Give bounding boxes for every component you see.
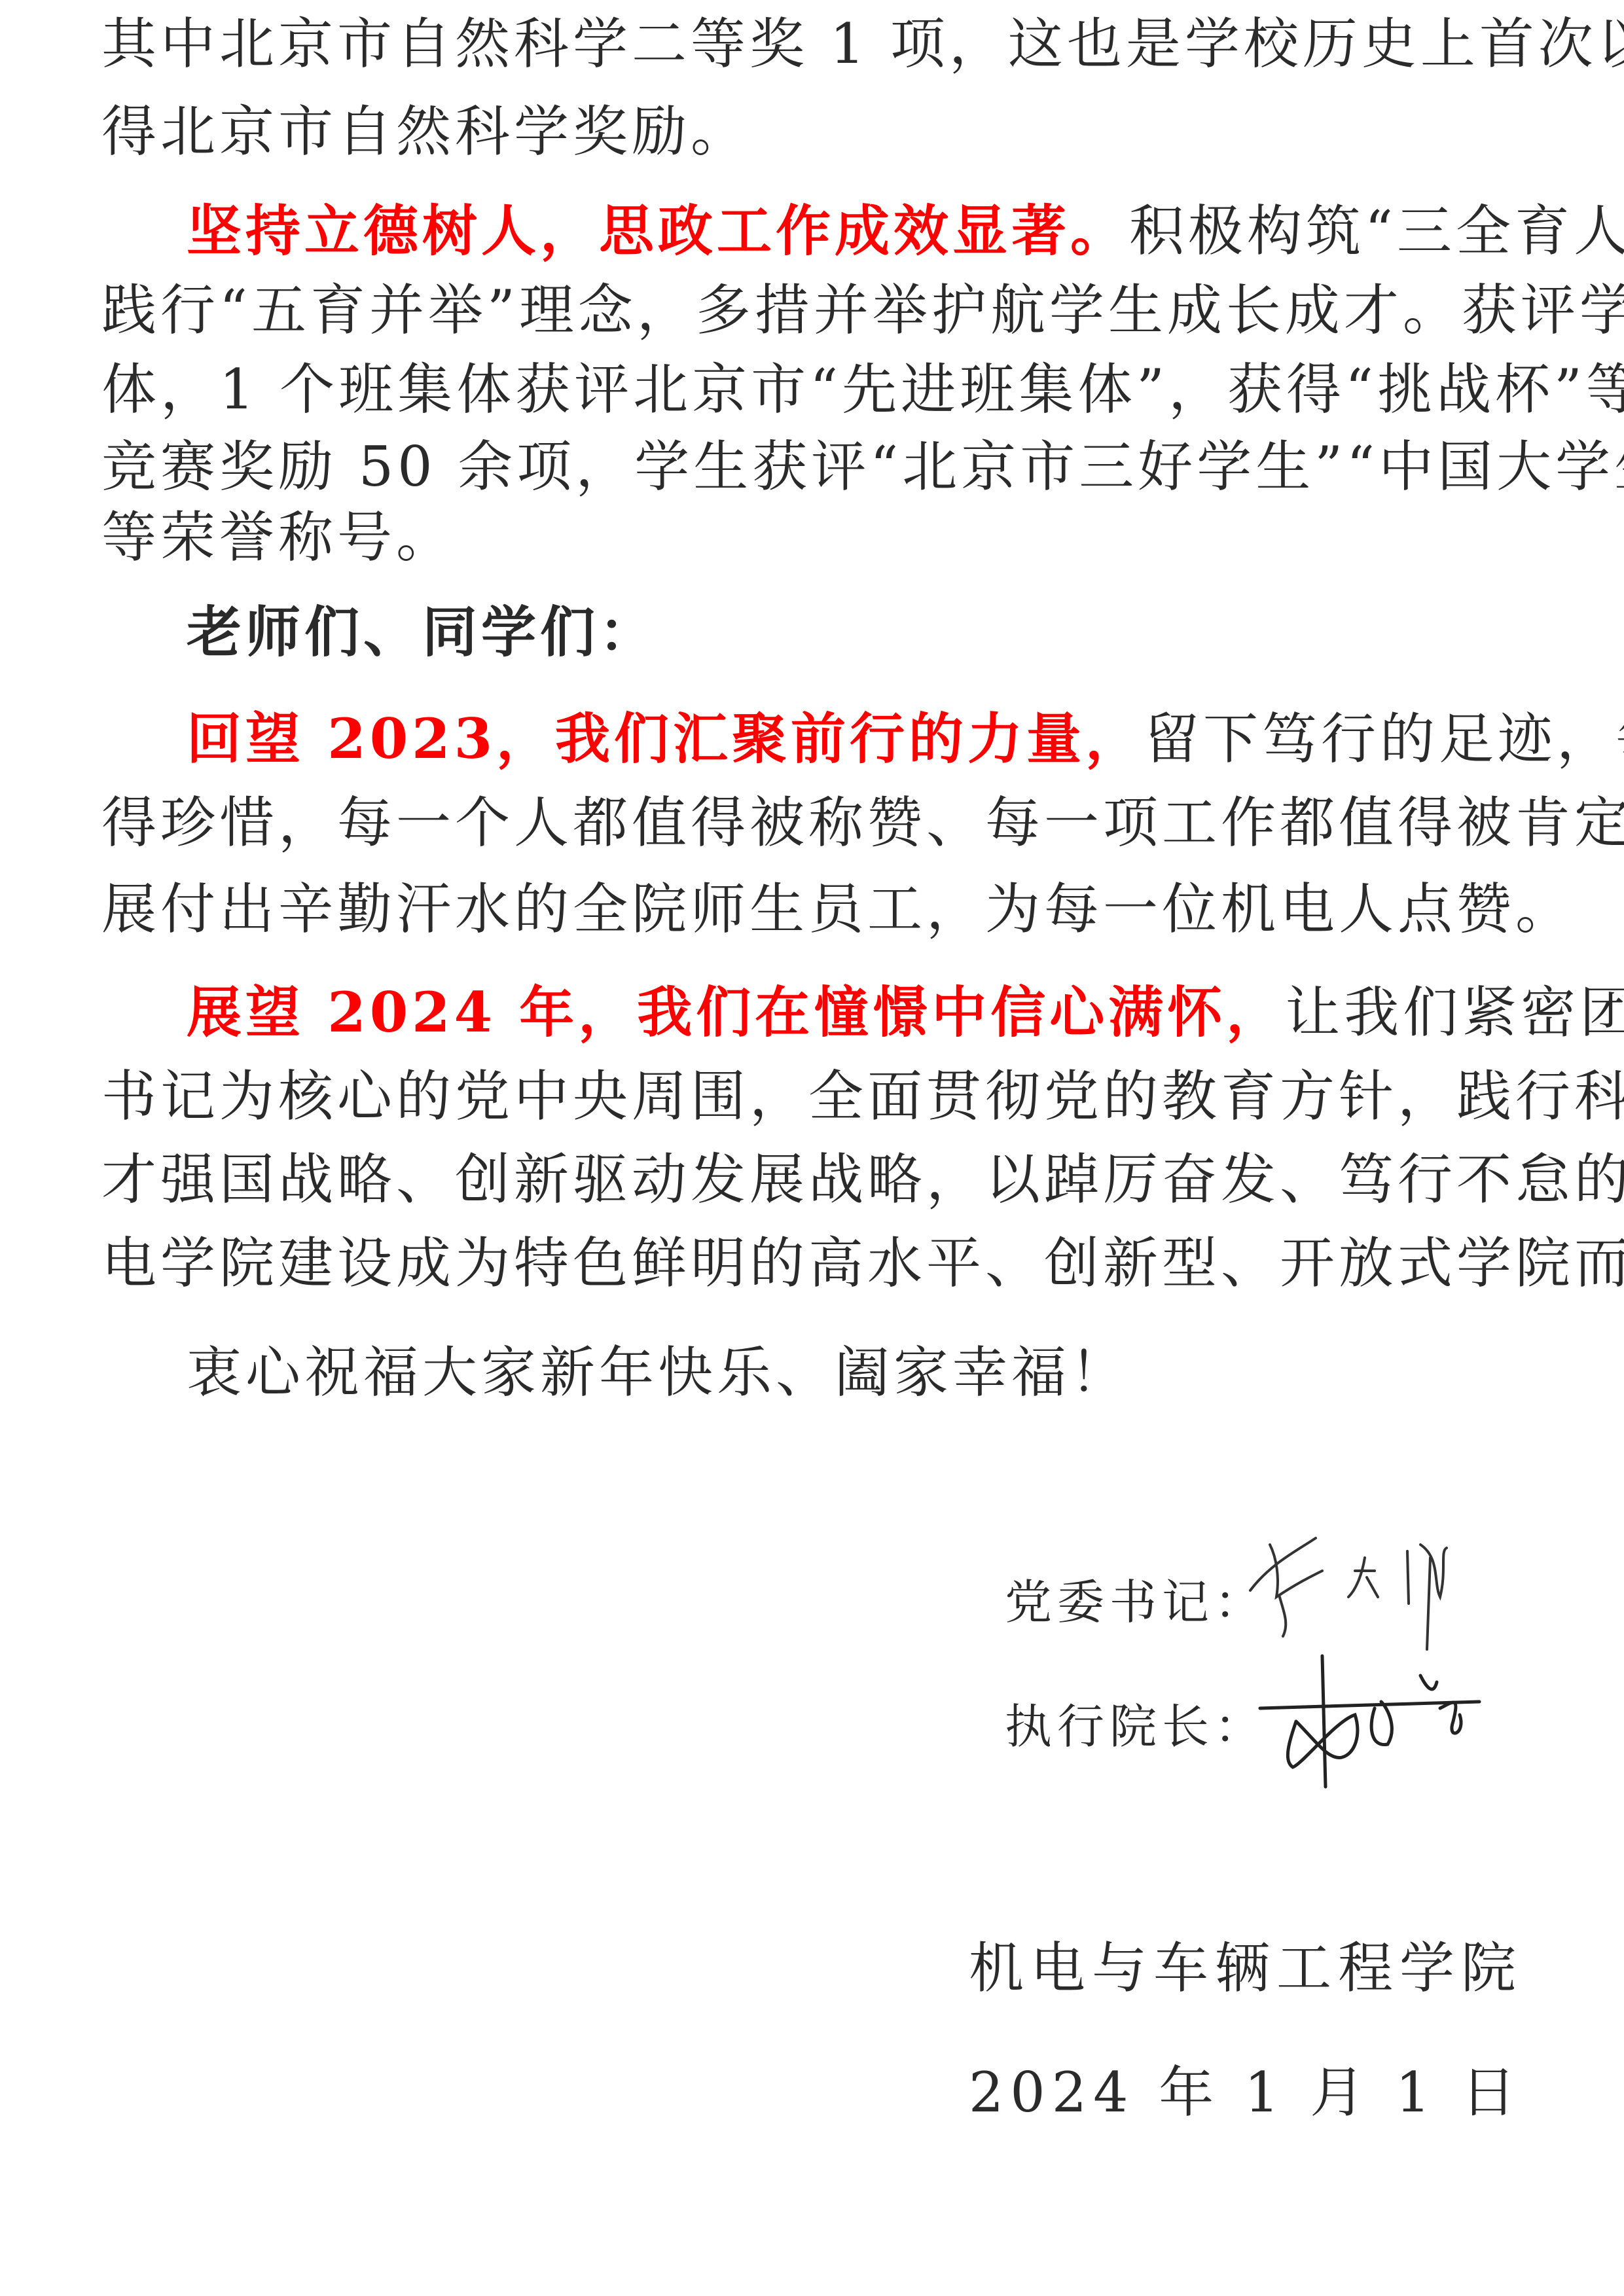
paragraph-lead-line: 回望 2023，我们汇聚前行的力量，留下笃行的足迹，每一天都应该值 [187,703,1523,775]
salutation: 老师们、同学们： [187,596,1523,668]
signature-label-party-secretary: 党委书记： [1005,1570,1267,1635]
body-line: 体，1 个班集体获评北京市“先进班集体”，获得“挑战杯”等省部级以上 [101,353,1523,425]
paragraph-lead-line: 坚持立德树人，思政工作成效显著。积极构筑“三全育人”格局，大力 [187,195,1523,267]
highlight-heading: 坚持立德树人，思政工作成效显著。 [187,198,1129,263]
body-line: 等荣誉称号。 [101,501,1523,573]
body-line: 得珍惜，每一个人都值得被称赞、每一项工作都值得被肯定。感谢为学院发 [101,787,1523,859]
body-line: 践行“五育并举”理念，多措并举护航学生成长成才。获评学校就业先进集 [101,274,1523,346]
body-text: 让我们紧密团结在以习近平总 [1285,980,1624,1045]
body-line: 才强国战略、创新驱动发展战略，以踔厉奋发、笃行不怠的干劲，为推动机 [101,1143,1523,1215]
body-line: 展付出辛勤汗水的全院师生员工，为每一位机电人点赞。 [101,873,1523,945]
body-line: 书记为核心的党中央周围，全面贯彻党的教育方针，践行科教兴国战略、人 [101,1060,1523,1132]
body-line: 竞赛奖励 50 余项，学生获评“北京市三好学生”“中国大学生自强之星” [101,431,1523,503]
document-date: 2024 年 1 月 1 日 [969,2056,1523,2128]
blessing-line: 衷心祝福大家新年快乐、阖家幸福！ [187,1336,1523,1408]
body-line: 电学院建设成为特色鲜明的高水平、创新型、开放式学院而努力奋斗！ [101,1227,1523,1299]
paragraph-lead-line: 展望 2024 年，我们在憧憬中信心满怀，让我们紧密团结在以习近平总 [187,977,1523,1049]
handwritten-signature-icon [1244,1532,1486,1662]
highlight-heading: 展望 2024 年，我们在憧憬中信心满怀， [187,980,1285,1045]
body-text: 积极构筑“三全育人”格局，大力 [1129,199,1624,263]
highlight-heading: 回望 2023，我们汇聚前行的力量， [187,706,1144,771]
body-text: 留下笃行的足迹，每一天都应该值 [1144,707,1624,771]
signature-label-executive-dean: 执行院长： [1005,1694,1267,1759]
organization-name: 机电与车辆工程学院 [969,1932,1523,2004]
handwritten-signature-icon [1257,1649,1492,1793]
body-line: 得北京市自然科学奖励。 [101,96,1523,168]
body-line: 其中北京市自然科学二等奖 1 项，这也是学校历史上首次以第一完成单位获 [101,8,1523,80]
